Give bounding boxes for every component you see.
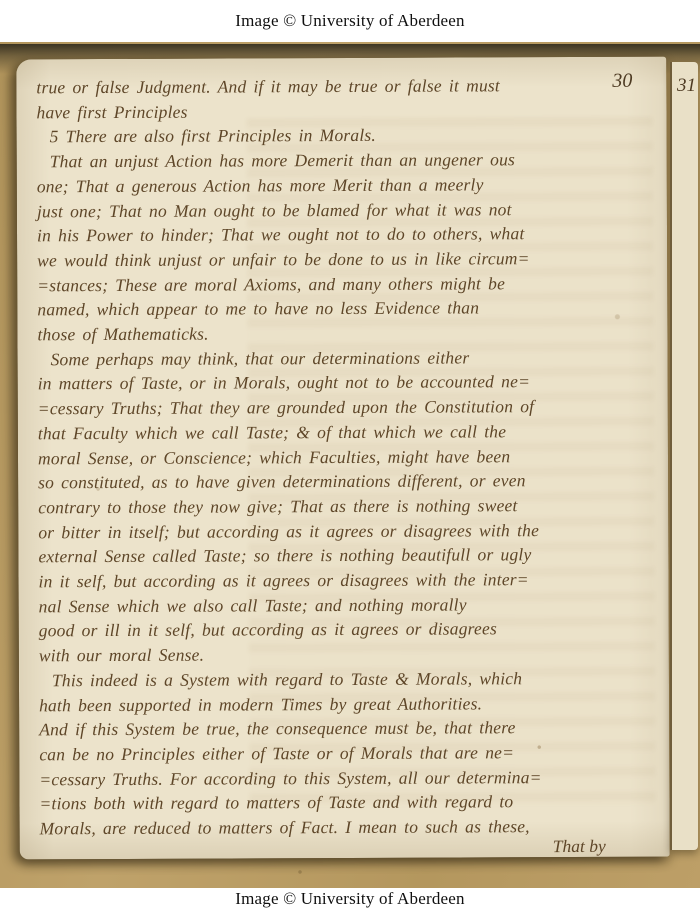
manuscript-line: we would think unjust or unfair to be do… [37,246,651,273]
manuscript-line: This indeed is a System with regard to T… [39,666,653,693]
manuscript-line: good or ill in it self, but according as… [39,616,653,643]
bottom-credit-text: Image © University of Aberdeen [235,889,464,909]
manuscript-line: have first Principles [36,97,650,124]
manuscript-photo: 30 true or false Judgment. And if it may… [0,42,700,888]
manuscript-line: that Faculty which we call Taste; & of t… [38,418,652,445]
manuscript-line: =cessary Truths. For according to this S… [39,764,653,791]
bottom-credit-band: Image © University of Aberdeen [0,888,700,910]
manuscript-line: one; That a generous Action has more Mer… [37,171,651,198]
manuscript-line: in matters of Taste, or in Morals, ought… [38,369,652,396]
manuscript-line: =stances; These are moral Axioms, and ma… [37,270,651,297]
manuscript-line: =cessary Truths; That they are grounded … [38,394,652,421]
manuscript-line: Some perhaps may think, that our determi… [38,344,652,371]
manuscript-line: with our moral Sense. [39,641,653,668]
manuscript-line: named, which appear to me to have no les… [37,295,651,322]
catchword: That by [553,836,606,857]
manuscript-line: or bitter in itself; but according as it… [38,517,652,544]
next-page-edge: 31 [670,62,698,850]
manuscript-line: in it self, but according as it agrees o… [38,567,652,594]
manuscript-line: external Sense called Taste; so there is… [38,542,652,569]
manuscript-text: true or false Judgment. And if it may be… [36,73,653,841]
manuscript-line: 5 There are also first Principles in Mor… [37,122,651,149]
manuscript-line: That an unjust Action has more Demerit t… [37,147,651,174]
top-credit-text: Image © University of Aberdeen [235,11,464,31]
manuscript-line: nal Sense which we also call Taste; and … [39,591,653,618]
manuscript-line: just one; That no Man ought to be blamed… [37,196,651,223]
manuscript-line: can be no Principles either of Taste or … [39,740,653,767]
manuscript-line: =tions both with regard to matters of Ta… [39,789,653,816]
manuscript-line: so constituted, as to have given determi… [38,468,652,495]
manuscript-page: 30 true or false Judgment. And if it may… [16,57,669,860]
manuscript-line: hath been supported in modern Times by g… [39,690,653,717]
manuscript-line: And if this System be true, the conseque… [39,715,653,742]
manuscript-line: in his Power to hinder; That we ought no… [37,221,651,248]
next-page-number: 31 [677,75,698,97]
manuscript-line: those of Mathematicks. [37,320,651,347]
top-credit-band: Image © University of Aberdeen [0,0,700,42]
manuscript-line: true or false Judgment. And if it may be… [36,73,650,100]
manuscript-line: contrary to those they now give; That as… [38,493,652,520]
screenshot-root: Image © University of Aberdeen 30 true o… [0,0,700,910]
manuscript-line: moral Sense, or Conscience; which Facult… [38,443,652,470]
